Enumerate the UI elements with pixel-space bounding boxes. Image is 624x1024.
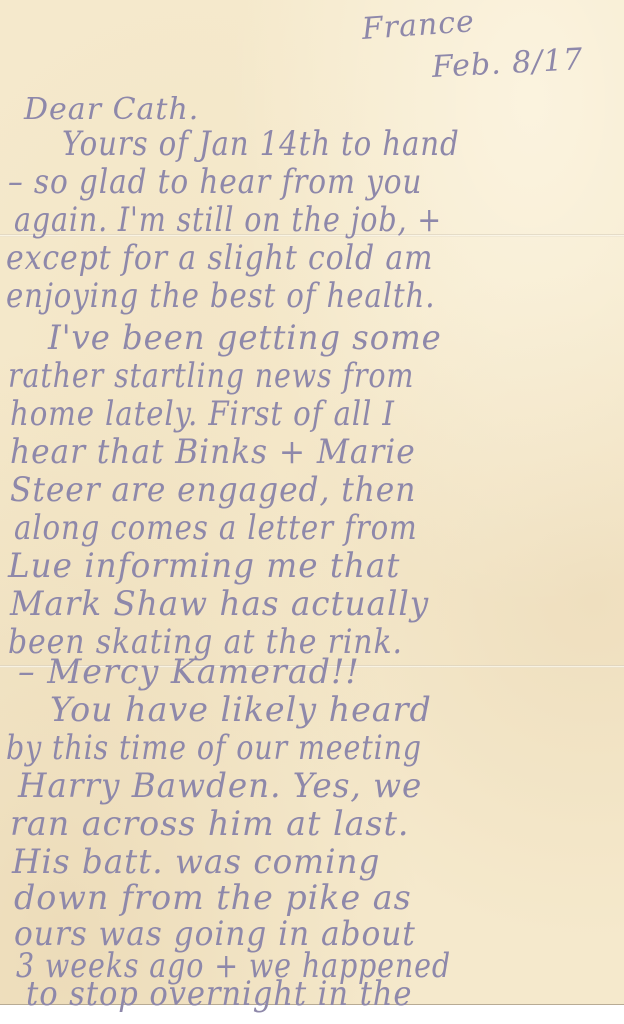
letter-line: to stop overnight in the	[26, 974, 412, 1014]
letter-line: ran across him at last.	[10, 804, 409, 844]
letter-line: enjoying the best of health.	[6, 276, 435, 316]
letter-line: again. I'm still on the job, +	[14, 200, 442, 240]
letter-line: I've been getting some	[48, 318, 442, 358]
letter-line: down from the pike as	[14, 878, 412, 918]
letter-line: by this time of our meeting	[6, 728, 422, 768]
letter-line: hear that Binks + Marie	[10, 432, 416, 472]
letter-line: rather startling news from	[8, 356, 414, 396]
letter-place: France	[361, 4, 476, 47]
letter-salutation: Dear Cath.	[24, 92, 199, 127]
letter-line: Yours of Jan 14th to hand	[62, 124, 460, 164]
letter-line: home lately. First of all I	[10, 394, 395, 434]
letter-line: You have likely heard	[50, 690, 432, 730]
letter-line: His batt. was coming	[12, 842, 380, 882]
letter-line: – so glad to hear from you	[8, 162, 422, 202]
letter-page: France Feb. 8/17 Dear Cath. Yours of Jan…	[0, 0, 624, 1005]
letter-line: Steer are engaged, then	[10, 470, 416, 510]
letter-line: – Mercy Kamerad!!	[18, 652, 360, 692]
letter-line: along comes a letter from	[14, 508, 418, 548]
letter-line: Mark Shaw has actually	[10, 584, 429, 624]
letter-line: Lue informing me that	[8, 546, 400, 586]
letter-line: except for a slight cold am	[6, 238, 433, 278]
letter-line: Harry Bawden. Yes, we	[18, 766, 422, 806]
letter-date: Feb. 8/17	[431, 42, 584, 85]
